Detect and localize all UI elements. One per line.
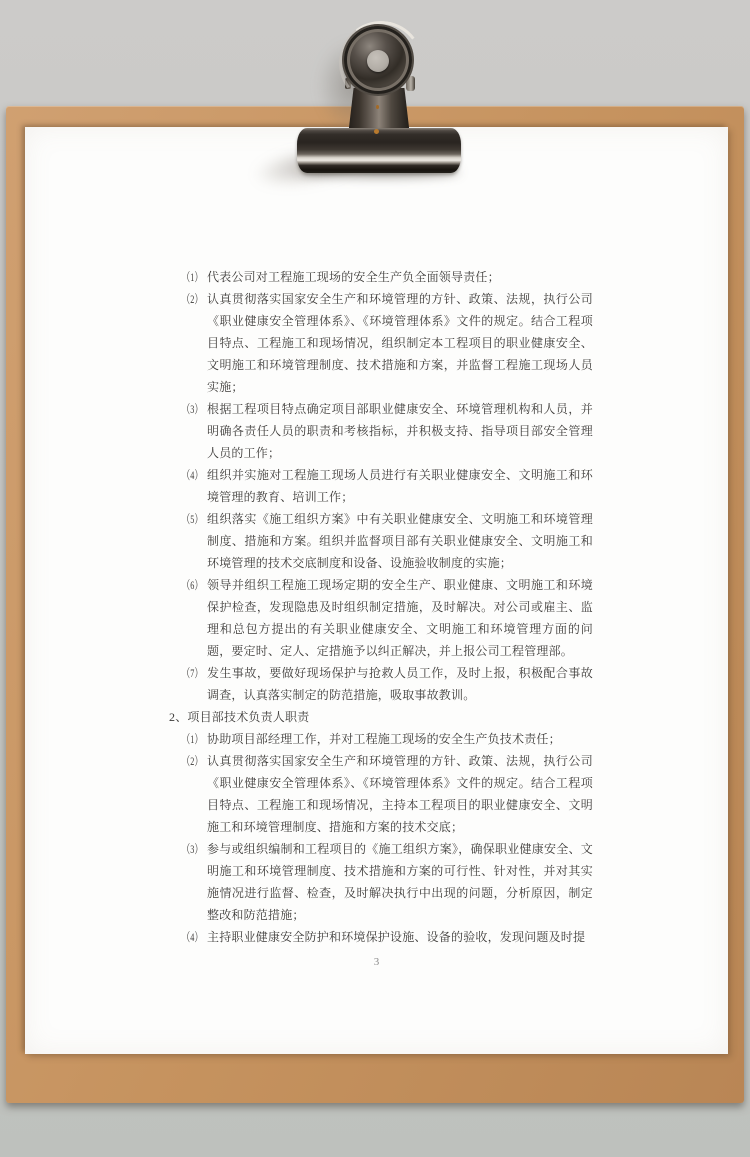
document-line: 《职业健康安全管理体系》、《环境管理体系》文件的规定。结合工程项: [207, 310, 593, 332]
list-item: （7）发生事故，要做好现场保护与抢救人员工作，及时上报，积极配合事故调查，认真落…: [182, 662, 593, 706]
document-line: 组织并实施对工程施工现场人员进行有关职业健康安全、文明施工和环: [207, 464, 593, 486]
document-line: 题，要定时、定人、定措施予以纠正解决，并上报公司工程管理部。: [207, 640, 593, 662]
item-number: （2）: [182, 750, 199, 772]
list-item: （2）认真贯彻落实国家安全生产和环境管理的方针、政策、法规，执行公司《职业健康安…: [182, 288, 593, 398]
list-item: （5）组织落实《施工组织方案》中有关职业健康安全、文明施工和环境管理制度、措施和…: [182, 508, 593, 574]
list-item: （2）认真贯彻落实国家安全生产和环境管理的方针、政策、法规，执行公司《职业健康安…: [182, 750, 593, 838]
list-item: （3）参与或组织编制和工程项目的《施工组织方案》，确保职业健康安全、文明施工和环…: [182, 838, 593, 926]
item-number: （4）: [182, 926, 199, 948]
document-line: 发生事故，要做好现场保护与抢救人员工作，及时上报，积极配合事故: [207, 662, 593, 684]
document-text: （1）代表公司对工程施工现场的安全生产负全面领导责任；（2）认真贯彻落实国家安全…: [169, 266, 593, 948]
document-page: （1）代表公司对工程施工现场的安全生产负全面领导责任；（2）认真贯彻落实国家安全…: [25, 127, 728, 1054]
document-line: 实施；: [207, 376, 593, 398]
binder-clip-bar: [297, 128, 461, 173]
binder-clip-knob: [344, 26, 412, 94]
document-line: 协助项目部经理工作，并对工程施工现场的安全生产负技术责任；: [207, 728, 593, 750]
document-line: 目特点、工程施工和现场情况，主持本工程项目的职业健康安全、文明: [207, 794, 593, 816]
section-heading: 2、项目部技术负责人职责: [169, 706, 593, 728]
document-line: 施情况进行监督、检查，及时解决执行中出现的问题，分析原因，制定: [207, 882, 593, 904]
document-line: 人员的工作；: [207, 442, 593, 464]
list-item: （1）代表公司对工程施工现场的安全生产负全面领导责任；: [182, 266, 593, 288]
document-line: 施工和环境管理制度、措施和方案的技术交底；: [207, 816, 593, 838]
document-line: 调查，认真落实制定的防范措施，吸取事故教训。: [207, 684, 593, 706]
list-item: （6）领导并组织工程施工现场定期的安全生产、职业健康、文明施工和环境保护检查，发…: [182, 574, 593, 662]
list-item: （4）组织并实施对工程施工现场人员进行有关职业健康安全、文明施工和环境管理的教育…: [182, 464, 593, 508]
document-line: 根据工程项目特点确定项目部职业健康安全、环境管理机构和人员，并: [207, 398, 593, 420]
list-item: （4）主持职业健康安全防护和环境保护设施、设备的验收，发现问题及时提: [182, 926, 593, 948]
document-line: 整改和防范措施；: [207, 904, 593, 926]
item-number: （1）: [182, 728, 199, 750]
document-line: 文明施工和环境管理制度、技术措施和方案，并监督工程施工现场人员: [207, 354, 593, 376]
item-number: （3）: [182, 398, 199, 420]
document-line: 环境管理的技术交底制度和设备、设施验收制度的实施；: [207, 552, 593, 574]
document-line: 组织落实《施工组织方案》中有关职业健康安全、文明施工和环境管理: [207, 508, 593, 530]
page-number: 3: [25, 956, 728, 968]
document-line: 认真贯彻落实国家安全生产和环境管理的方针、政策、法规，执行公司: [207, 288, 593, 310]
item-number: （2）: [182, 288, 199, 310]
document-line: 目特点、工程施工和现场情况，组织制定本工程项目的职业健康安全、: [207, 332, 593, 354]
clip-reflection: [374, 129, 379, 134]
item-number: （4）: [182, 464, 199, 486]
item-number: （1）: [182, 266, 199, 288]
item-number: （7）: [182, 662, 199, 684]
document-line: 明确各责任人员的职责和考核指标，并积极支持、指导项目部安全管理: [207, 420, 593, 442]
clipboard-photo: （1）代表公司对工程施工现场的安全生产负全面领导责任；（2）认真贯彻落实国家安全…: [0, 0, 750, 1157]
document-line: 参与或组织编制和工程项目的《施工组织方案》，确保职业健康安全、文: [207, 838, 593, 860]
list-item: （3）根据工程项目特点确定项目部职业健康安全、环境管理机构和人员，并明确各责任人…: [182, 398, 593, 464]
binder-clip-hole: [367, 50, 389, 72]
document-line: 明施工和环境管理制度、技术措施和方案的可行性、针对性，并对其实: [207, 860, 593, 882]
document-line: 制度、措施和方案。组织并监督项目部有关职业健康安全、文明施工和: [207, 530, 593, 552]
document-line: 主持职业健康安全防护和环境保护设施、设备的验收，发现问题及时提: [207, 926, 593, 948]
document-line: 代表公司对工程施工现场的安全生产负全面领导责任；: [207, 266, 593, 288]
document-line: 认真贯彻落实国家安全生产和环境管理的方针、政策、法规，执行公司: [207, 750, 593, 772]
document-line: 理和总包方提出的有关职业健康安全、文明施工和环境管理方面的问: [207, 618, 593, 640]
item-number: （6）: [182, 574, 199, 596]
document-line: 境管理的教育、培训工作；: [207, 486, 593, 508]
list-item: （1）协助项目部经理工作，并对工程施工现场的安全生产负技术责任；: [182, 728, 593, 750]
document-line: 保护检查，发现隐患及时组织制定措施，及时解决。对公司或雇主、监: [207, 596, 593, 618]
item-number: （5）: [182, 508, 199, 530]
clip-reflection: [376, 105, 379, 109]
item-number: （3）: [182, 838, 199, 860]
document-line: 《职业健康安全管理体系》、《环境管理体系》文件的规定。结合工程项: [207, 772, 593, 794]
document-line: 领导并组织工程施工现场定期的安全生产、职业健康、文明施工和环境: [207, 574, 593, 596]
